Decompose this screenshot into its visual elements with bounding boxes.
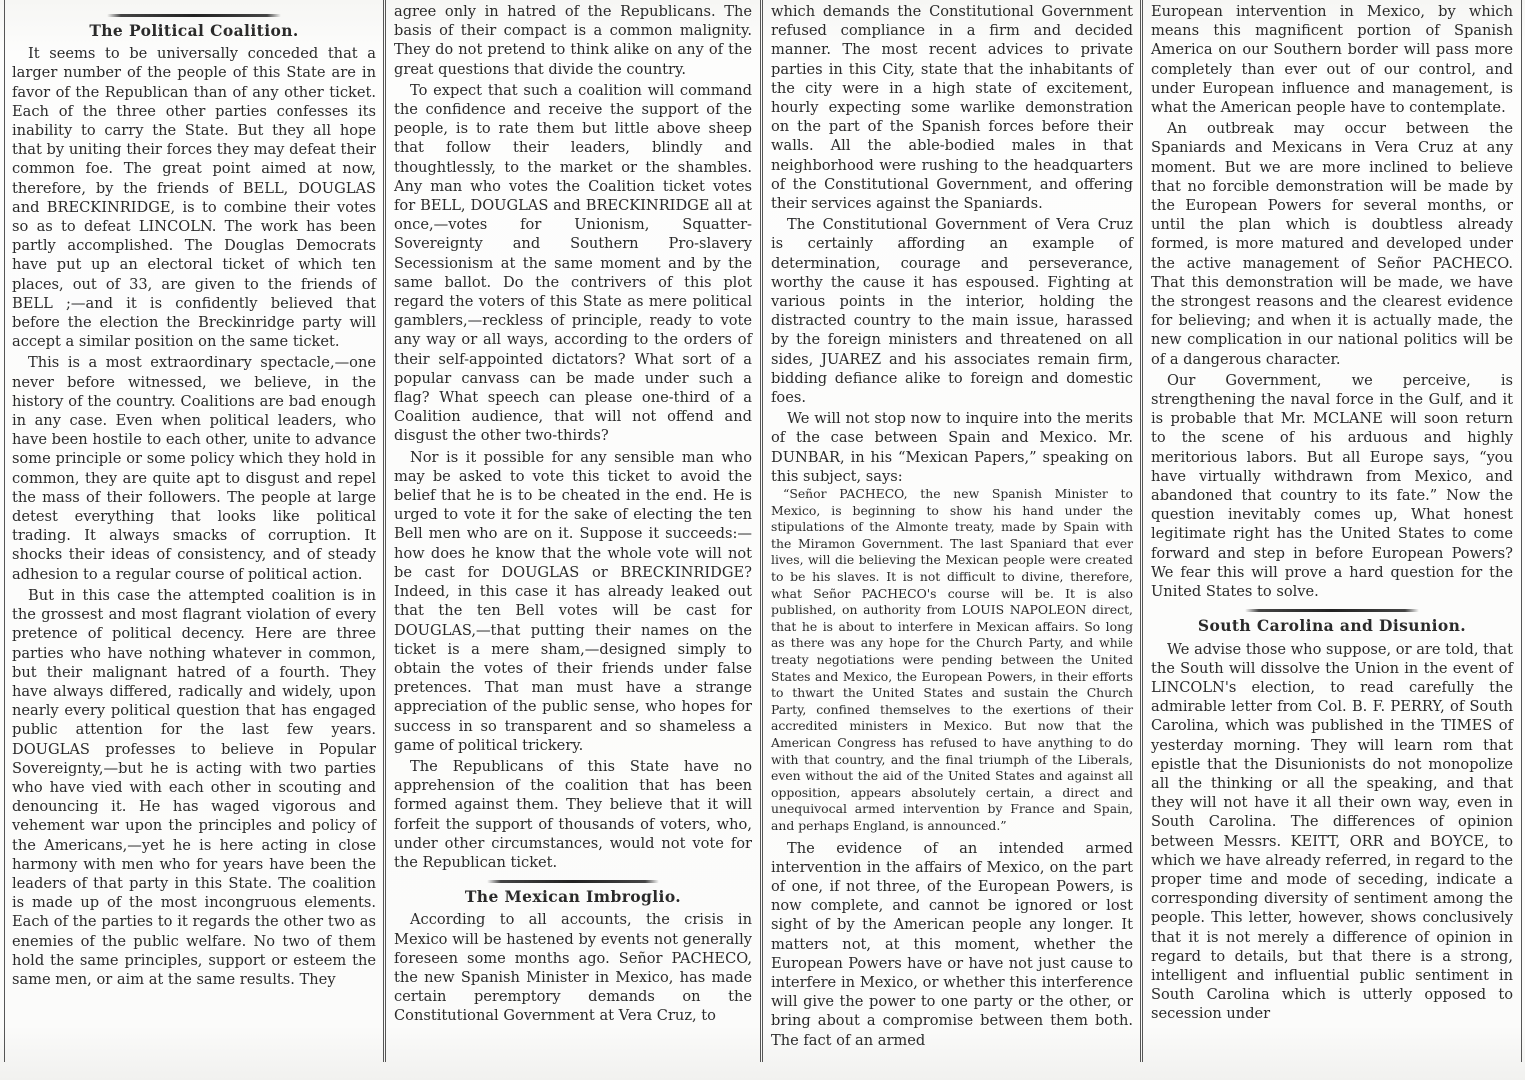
headline-rule xyxy=(487,880,659,883)
column-rule xyxy=(1140,0,1143,1062)
paragraph: We advise those who suppose, or are told… xyxy=(1151,640,1513,1024)
headline-rule xyxy=(1245,609,1419,612)
column-rule xyxy=(760,0,763,1062)
headline-rule xyxy=(107,14,282,17)
paragraph: Our Government, we perceive, is strength… xyxy=(1151,371,1513,601)
column-2: agree only in hatred of the Republicans.… xyxy=(388,0,758,1026)
paragraph: The evidence of an intended armed interv… xyxy=(771,839,1133,1050)
paragraph: According to all accounts, the crisis in… xyxy=(394,910,752,1025)
paragraph: An outbreak may occur between the Spania… xyxy=(1151,119,1513,369)
paragraph: The Republicans of this State have no ap… xyxy=(394,757,752,872)
column-rule xyxy=(1521,0,1522,1062)
column-4: European intervention in Mexico, by whic… xyxy=(1145,0,1519,1024)
paragraph: But in this case the attempted coalition… xyxy=(12,586,376,989)
headline-mexican-imbroglio: The Mexican Imbroglio. xyxy=(394,887,752,906)
paragraph: which demands the Constitutional Governm… xyxy=(771,2,1133,213)
paragraph: agree only in hatred of the Republicans.… xyxy=(394,2,752,79)
headline-political-coalition: The Political Coalition. xyxy=(12,21,376,40)
paragraph: It seems to be universally conceded that… xyxy=(12,44,376,351)
paragraph: This is a most extraordinary spectacle,—… xyxy=(12,353,376,583)
newspaper-page: The Political Coalition. It seems to be … xyxy=(0,0,1525,1080)
quote-paragraph: “Señor PACHECO, the new Spanish Minister… xyxy=(771,486,1133,834)
column-1: The Political Coalition. It seems to be … xyxy=(6,0,382,989)
paragraph: We will not stop now to inquire into the… xyxy=(771,409,1133,486)
paragraph: To expect that such a coalition will com… xyxy=(394,81,752,446)
paragraph: Nor is it possible for any sensible man … xyxy=(394,448,752,755)
column-rule xyxy=(4,0,5,1062)
block-quote: “Señor PACHECO, the new Spanish Minister… xyxy=(771,486,1133,834)
headline-south-carolina-disunion: South Carolina and Disunion. xyxy=(1151,616,1513,635)
paragraph: The Constitutional Government of Vera Cr… xyxy=(771,215,1133,407)
column-3: which demands the Constitutional Governm… xyxy=(765,0,1139,1050)
paragraph: European intervention in Mexico, by whic… xyxy=(1151,2,1513,117)
column-rule xyxy=(383,0,386,1062)
